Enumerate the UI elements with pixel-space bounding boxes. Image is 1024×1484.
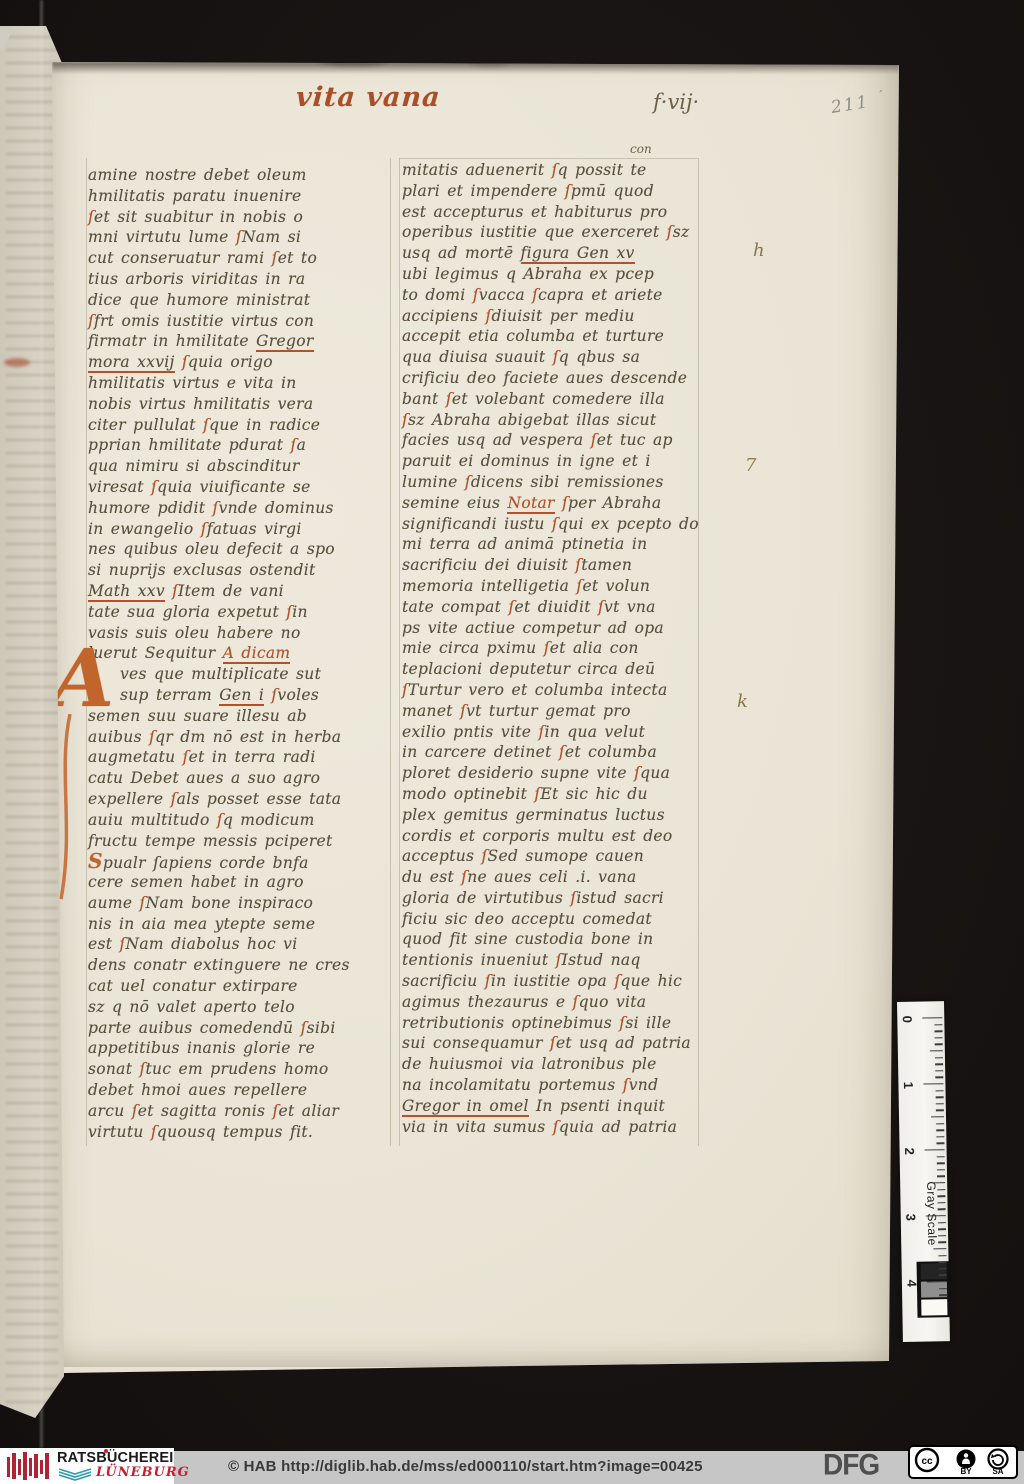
text-segment: et sit suabitur in nobis o [94, 208, 303, 226]
text-segment: vt vna [604, 598, 656, 616]
text-segment: Nam si [242, 228, 301, 246]
text-segment: qui ex pcepto do [558, 515, 699, 533]
text-segment: et alia con [550, 639, 639, 657]
text-segment: nis in aia mea ytepte seme [88, 915, 315, 933]
manuscript-line: nes quibus oleu defecit a spo [88, 539, 390, 560]
ruler-tick [930, 1050, 943, 1052]
by-label: BY [954, 1467, 978, 1476]
manuscript-line: teplacioni deputetur circa deū [402, 659, 704, 680]
manuscript-line: qua nimiru si abscinditur [88, 456, 390, 477]
text-segment: parte auibus comedendū [88, 1019, 301, 1037]
text-segment [175, 353, 182, 371]
text-segment: si ille [625, 1014, 671, 1032]
text-segment: Notar [507, 494, 554, 514]
text-segment: vt turtur gemat pro [466, 702, 631, 720]
manuscript-line: aume ſNam bone inspiraco [88, 893, 390, 914]
ruler-tick [937, 1195, 945, 1197]
manuscript-line: Gregor in omel In psenti inquit [402, 1096, 704, 1117]
margin-mark-7: 7 [745, 455, 756, 476]
ruler-number: 0 [900, 1012, 915, 1026]
text-segment: usq ad mortē [402, 244, 521, 262]
text-segment: ps vite actiue competur ad opa [402, 619, 664, 637]
text-segment: Math xxv [88, 582, 165, 602]
manuscript-line: lumine ſdicens sibi remissiones [402, 472, 704, 493]
text-segment: paruit ei dominus in igne et i [402, 452, 651, 470]
text-segment: in qua velut [545, 723, 646, 741]
ruler-tick [936, 1136, 944, 1138]
ruler-tick [939, 1294, 947, 1296]
ruler-tick [935, 1057, 943, 1059]
ruler-tick [939, 1275, 947, 1277]
manuscript-line: acceptus ſSed sumope cauen [402, 846, 704, 867]
text-segment: tuc em prudens homo [146, 1060, 329, 1078]
ruler-number: 2 [902, 1144, 917, 1158]
text-segment: et to [278, 249, 317, 267]
ruler-tick [935, 1077, 943, 1079]
text-segment: tate sua gloria expetut [88, 603, 286, 621]
text-segment: istud sacri [576, 889, 664, 907]
manuscript-line: facies usq ad vespera ſet tuc ap [402, 430, 704, 451]
manuscript-line: sacrificiu ſin iustitie opa ſque hic [402, 971, 704, 992]
text-segment: accipiens [402, 307, 485, 325]
cc-license-badge: cc BY SA [908, 1445, 1018, 1479]
text-segment: et sagitta ronis [138, 1102, 273, 1120]
text-segment: pmū quod [571, 182, 654, 200]
ruler-number: 4 [904, 1276, 919, 1290]
text-segment: mora xxvij [88, 353, 175, 373]
manuscript-line: paruit ei dominus in igne et i [402, 451, 704, 472]
text-segment: to domi [402, 286, 473, 304]
text-segment: Item de vani [178, 582, 284, 600]
text-segment: augmetatu [88, 748, 183, 766]
manuscript-line: gloria de virtutibus ſistud sacri [402, 888, 704, 909]
text-segment: Istud naq [562, 951, 641, 969]
manuscript-page: vita vana f·vij· 211 ′ con amine nostre … [0, 0, 1024, 1484]
manuscript-line: semine eius Notar ſper Abraha [402, 493, 704, 514]
text-segment: cut conseruatur rami [88, 249, 272, 267]
manuscript-line: sacrificiu dei diuisit ſtamen [402, 555, 704, 576]
manuscript-line: via in vita sumus ſquia ad patria [402, 1117, 704, 1138]
ruler-tick [937, 1189, 945, 1191]
text-segment: mi terra ad animā ptinetia in [402, 535, 647, 553]
manuscript-line: auibus ſqr dm nō est in herba [88, 727, 390, 748]
manuscript-line: pprian hmilitate pdurat ſa [88, 435, 390, 456]
text-segment: cere semen habet in agro [88, 873, 304, 891]
text-segment: debet hmoi aues repellere [88, 1081, 307, 1099]
manuscript-line: nobis virtus hmilitatis vera [88, 394, 390, 415]
text-segment: pprian hmilitate pdurat [88, 436, 291, 454]
text-segment: pualr ſapiens corde bnfa [103, 854, 309, 872]
manuscript-line: mora xxvij ſquia origo [88, 352, 390, 373]
ruler-tick [932, 1182, 945, 1184]
text-segment: Nam bone inspiraco [146, 894, 314, 912]
ruler-tick [938, 1228, 946, 1230]
margin-mark-h: h [753, 240, 765, 261]
manuscript-line: luerut Sequitur A dicam [88, 643, 390, 664]
top-edge-writing-trace [318, 56, 388, 66]
patch-white [921, 1299, 947, 1315]
text-segment: teplacioni deputetur circa deū [402, 660, 655, 678]
text-segment: agimus thezaurus e [402, 993, 573, 1011]
text-segment: sz q nō valet aperto telo [88, 998, 295, 1016]
dfg-logo: DFG [823, 1448, 879, 1482]
text-segment: tate compat [402, 598, 508, 616]
text-segment: viresat [88, 478, 151, 496]
manuscript-line: exilio pntis vite ſin qua velut [402, 722, 704, 743]
text-segment: retributionis optinebimus [402, 1014, 619, 1032]
text-segment: semen suu suare illesu ab [88, 707, 307, 725]
manuscript-line: cat uel conatur extirpare [88, 976, 390, 997]
text-segment: Gregor in omel [402, 1097, 529, 1117]
text-segment: q possit te [558, 161, 647, 179]
text-segment: sz [673, 223, 690, 241]
text-segment: dice que humore ministrat [88, 291, 310, 309]
text-segment: sibi [307, 1019, 336, 1037]
manuscript-line: auiu multitudo ſq modicum [88, 810, 390, 831]
ruler-tick [931, 1116, 944, 1118]
manuscript-line: ves que multiplicate sut [120, 664, 390, 685]
text-segment: in ewangelio [88, 520, 201, 538]
ruler-tick [935, 1037, 943, 1039]
manuscript-line: cordis et corporis multu est deo [402, 826, 704, 847]
text-segment: quia viuificante se [157, 478, 310, 496]
text-segment: bant [402, 390, 446, 408]
text-segment: et volun [582, 577, 650, 595]
ruler-tick [936, 1110, 944, 1112]
ruling-line-right-1 [399, 158, 400, 1146]
text-segment: tius arboris viriditas in ra [88, 270, 305, 288]
text-segment: et volebant comedere illa [452, 390, 665, 408]
text-segment: mitatis aduenerit [402, 161, 552, 179]
text-segment: citer pullulat [88, 416, 203, 434]
text-segment: sz Abraha abigebat illas sicut [408, 411, 656, 429]
ruler-tick [939, 1261, 947, 1263]
manuscript-line: tate sua gloria expetut ſin [88, 602, 390, 623]
manuscript-line: est accepturus et habiturus pro [402, 202, 704, 223]
manuscript-line: in carcere detinet ſet columba [402, 742, 704, 763]
text-segment: cordis et corporis multu est deo [402, 827, 673, 845]
gray-scale-label: Gray Scale [924, 1181, 939, 1246]
text-segment: sacrificiu dei diuisit [402, 556, 575, 574]
manuscript-line: de huiusmoi via latronibus ple [402, 1054, 704, 1075]
manuscript-line: viresat ſquia viuificante se [88, 477, 390, 498]
folio-number: f·vij· [653, 90, 699, 114]
text-segment: memoria intelligetia [402, 577, 576, 595]
attribution-text: © HAB http://diglib.hab.de/mss/ed000110/… [228, 1458, 703, 1475]
manuscript-line: tius arboris viriditas in ra [88, 269, 390, 290]
text-segment: in iustitie opa [491, 972, 614, 990]
text-segment: auibus [88, 728, 149, 746]
manuscript-line: debet hmoi aues repellere [88, 1080, 390, 1101]
text-segment: et usq ad patria [556, 1034, 691, 1052]
manuscript-line: dens conatr extinguere ne cres [88, 955, 390, 976]
text-segment: a [297, 436, 307, 454]
text-segment: vasis suis oleu habere no [88, 624, 301, 642]
ruler-tick [938, 1235, 946, 1237]
text-segment: de huiusmoi via latronibus ple [402, 1055, 657, 1073]
text-segment: plari et impendere [402, 182, 565, 200]
text-segment: et columba [565, 743, 657, 761]
text-segment: humore pdidit [88, 499, 213, 517]
text-segment: capra et ariete [538, 286, 662, 304]
text-segment: arcu [88, 1102, 132, 1120]
text-segment: als posset esse tata [177, 790, 342, 808]
text-segment: sacrificiu [402, 972, 485, 990]
manuscript-line: humore pdidit ſvnde dominus [88, 498, 390, 519]
text-segment: q qbus sa [559, 348, 640, 366]
text-segment: accepit etia columba et turture [402, 327, 664, 345]
text-segment: quia ad patria [559, 1118, 677, 1136]
previous-page-showthrough-lines [6, 36, 58, 1408]
text-segment: manet [402, 702, 460, 720]
text-segment: per Abraha [568, 494, 661, 512]
text-segment: voles [277, 686, 319, 704]
ruler-tick [937, 1156, 945, 1158]
manuscript-line: bant ſet volebant comedere illa [402, 389, 704, 410]
manuscript-line: appetitibus inanis glorie re [88, 1038, 390, 1059]
ruler-tick [936, 1129, 944, 1131]
text-segment: est accepturus et habiturus pro [402, 203, 667, 221]
ruler-tick [935, 1070, 943, 1072]
text-segment: exilio pntis vite [402, 723, 538, 741]
text-segment: qua nimiru si abscinditur [88, 457, 300, 475]
book-icon [58, 1467, 92, 1481]
text-segment: sup terram [120, 686, 219, 704]
manuscript-line: operibus iustitie que exerceret ſsz [402, 222, 704, 243]
text-segment: acceptus [402, 847, 482, 865]
library-logo: RATSBÜCHEREI LÜNEBURG [0, 1448, 174, 1484]
text-segment: Et sic hic du [540, 785, 647, 803]
text-segment: auiu multitudo [88, 811, 217, 829]
text-segment: significandi iustu [402, 515, 552, 533]
text-segment: sonat [88, 1060, 139, 1078]
text-segment: nobis virtus hmilitatis vera [88, 395, 313, 413]
manuscript-line: ficiu sic deo acceptu comedat [402, 909, 704, 930]
text-segment: nes quibus oleu defecit a spo [88, 540, 335, 558]
text-segment: figura Gen xv [521, 244, 635, 264]
text-segment: facies usq ad vespera [402, 431, 591, 449]
ruler-tick [934, 1024, 942, 1026]
library-name-part2: CHEREI [118, 1450, 174, 1466]
manuscript-line: sup terram Gen i ſvoles [120, 685, 390, 706]
manuscript-line: retributionis optinebimus ſsi ille [402, 1013, 704, 1034]
text-segment: appetitibus inanis glorie re [88, 1039, 315, 1057]
text-segment: ploret desiderio supne vite [402, 764, 634, 782]
ruler-gray-scale-target: Gray Scale 01234 [897, 1001, 950, 1342]
ruler-tick [923, 1083, 943, 1085]
manuscript-line: tentionis inueniut ſIstud naq [402, 950, 704, 971]
library-bars-icon [6, 1451, 52, 1481]
manuscript-line: ubi legimus q Abraha ex pcep [402, 264, 704, 285]
ruler-tick [926, 1215, 946, 1217]
manuscript-line: agimus thezaurus e ſquo vita [402, 992, 704, 1013]
manuscript-line: mni virtutu lume ſNam si [88, 227, 390, 248]
manuscript-line: memoria intelligetia ſet volun [402, 576, 704, 597]
text-segment: catu Debet aues a suo agro [88, 769, 320, 787]
text-segment: ves que multiplicate sut [120, 665, 321, 683]
text-segment: frt omis iustitie virtus con [94, 312, 314, 330]
photo-background: vita vana f·vij· 211 ′ con amine nostre … [0, 0, 1024, 1484]
text-segment: Gen i [219, 686, 264, 706]
text-segment: est [88, 935, 119, 953]
ruler-tick [936, 1123, 944, 1125]
text-segment: sui consequamur [402, 1034, 550, 1052]
text-segment: fatuas virgi [207, 520, 302, 538]
manuscript-line: mi terra ad animā ptinetia in [402, 534, 704, 555]
manuscript-line: cere semen habet in agro [88, 872, 390, 893]
manuscript-line: Spualr ſapiens corde bnfa [88, 851, 390, 872]
text-segment: quia origo [188, 353, 273, 371]
manuscript-line: in ewangelio ſfatuas virgi [88, 519, 390, 540]
text-segment: tentionis inueniut [402, 951, 556, 969]
manuscript-line: catu Debet aues a suo agro [88, 768, 390, 789]
manuscript-line: ps vite actiue competur ad opa [402, 618, 704, 639]
ruler-tick [936, 1090, 944, 1092]
svg-text:cc: cc [921, 1456, 933, 1467]
catchword: con [630, 142, 652, 156]
manuscript-line: ſet sit suabitur in nobis o [88, 207, 390, 228]
text-segment: via in vita sumus [402, 1118, 553, 1136]
text-segment: plex gemitus germinatus luctus [402, 806, 665, 824]
manuscript-line: semen suu suare illesu ab [88, 706, 390, 727]
footer-bar: RATSBÜCHEREI LÜNEBURG © HAB http://digli… [0, 1451, 1024, 1484]
ruler-tick [937, 1162, 945, 1164]
text-segment: gloria de virtutibus [402, 889, 570, 907]
ruler-tick [938, 1209, 946, 1211]
manuscript-line: sz q nō valet aperto telo [88, 997, 390, 1018]
text-segment: qr dm nō est in herba [155, 728, 341, 746]
text-segment: ficiu sic deo acceptu comedat [402, 910, 652, 928]
text-segment: A dicam [223, 644, 291, 664]
text-segment: expellere [88, 790, 171, 808]
text-segment: in [292, 603, 308, 621]
library-name-part1: RATSB [57, 1450, 107, 1466]
manuscript-line: fructu tempe messis pciperet [88, 831, 390, 852]
manuscript-line: ſsz Abraha abigebat illas sicut [402, 410, 704, 431]
text-segment: amine nostre debet oleum [88, 166, 307, 184]
text-segment: quo vita [579, 993, 647, 1011]
text-segment: hmilitatis paratu inuenire [88, 187, 301, 205]
ruler-tick [933, 1248, 946, 1250]
text-segment: qua [640, 764, 670, 782]
manuscript-line: si nuprijs exclusas ostendit [88, 560, 390, 581]
manuscript-line: mitatis aduenerit ſq possit te [402, 160, 704, 181]
text-segment: que hic [620, 972, 682, 990]
top-edge-smudge-2 [470, 60, 508, 67]
text-segment: Sed sumope cauen [488, 847, 645, 865]
manuscript-line: vasis suis oleu habere no [88, 623, 390, 644]
manuscript-line: mie circa pximu ſet alia con [402, 638, 704, 659]
ruler-tick [925, 1149, 945, 1151]
text-segment: q modicum [223, 811, 315, 829]
manuscript-line: quod fit sine custodia bone in [402, 929, 704, 950]
manuscript-line: firmatr in hmilitate Gregor [88, 331, 390, 352]
manuscript-line: arcu ſet sagitta ronis ſet aliar [88, 1101, 390, 1122]
manuscript-line: sui consequamur ſet usq ad patria [402, 1033, 704, 1054]
text-segment: Nam diabolus hoc vi [126, 935, 298, 953]
sa-label: SA [986, 1467, 1010, 1476]
ruler-tick [938, 1255, 946, 1257]
ruler-number: 1 [901, 1078, 916, 1092]
manuscript-line: to domi ſvacca ſcapra et ariete [402, 285, 704, 306]
manuscript-line: amine nostre debet oleum [88, 165, 390, 186]
text-segment: diuisit per mediu [492, 307, 635, 325]
text-segment: vacca [479, 286, 532, 304]
text-segment: modo optinebit [402, 785, 534, 803]
manuscript-line: hmilitatis virtus e vita in [88, 373, 390, 394]
manuscript-line: cut conseruatur rami ſet to [88, 248, 390, 269]
manuscript-line: ſfrt omis iustitie virtus con [88, 311, 390, 332]
glass-edge-highlight [40, 0, 43, 1448]
ruler-tick [937, 1176, 945, 1178]
running-title: vita vana [295, 82, 442, 113]
manuscript-line: dice que humore ministrat [88, 290, 390, 311]
text-segment: et aliar [279, 1102, 340, 1120]
text-segment: du est [402, 868, 461, 886]
text-segment: firmatr in hmilitate [88, 332, 256, 350]
text-segment: dens conatr extinguere ne cres [88, 956, 350, 974]
text-segment: crificiu deo faciete aues descende [402, 369, 687, 387]
ruler-number: 3 [903, 1210, 918, 1224]
manuscript-line: ploret desiderio supne vite ſqua [402, 763, 704, 784]
ruling-line-left-2 [390, 158, 391, 1146]
ruler-tick [936, 1143, 944, 1145]
library-city: LÜNEBURG [96, 1465, 190, 1480]
text-segment: S [88, 849, 103, 873]
library-name: RATSBÜCHEREI [57, 1450, 174, 1466]
manuscript-line: plari et impendere ſpmū quod [402, 181, 704, 202]
text-segment: Turtur vero et columba intecta [408, 681, 667, 699]
manuscript-line: Math xxv ſItem de vani [88, 581, 390, 602]
manuscript-line: parte auibus comedendū ſsibi [88, 1018, 390, 1039]
text-segment: mni virtutu lume [88, 228, 236, 246]
ruler-tick [935, 1063, 943, 1065]
text-segment: cat uel conatur extirpare [88, 977, 298, 995]
manuscript-line: accipiens ſdiuisit per mediu [402, 306, 704, 327]
manuscript-line: modo optinebit ſEt sic hic du [402, 784, 704, 805]
decorated-initial: A [52, 642, 114, 714]
ruler-tick [939, 1268, 947, 1270]
text-segment: dicens sibi remissiones [471, 473, 664, 491]
manuscript-line: manet ſvt turtur gemat pro [402, 701, 704, 722]
manuscript-line: usq ad mortē figura Gen xv [402, 243, 704, 264]
manuscript-line: ſTurtur vero et columba intecta [402, 680, 704, 701]
text-segment: qua diuisa suauit [402, 348, 553, 366]
margin-mark-k: k [737, 691, 748, 712]
text-segment: et tuc ap [597, 431, 673, 449]
manuscript-line: accepit etia columba et turture [402, 326, 704, 347]
text-segment: fructu tempe messis pciperet [88, 832, 333, 850]
ruling-line-top [399, 158, 698, 159]
manuscript-line: augmetatu ſet in terra radi [88, 747, 390, 768]
text-segment: aume [88, 894, 140, 912]
text-segment: que in radice [209, 416, 320, 434]
ruler-tick [938, 1242, 946, 1244]
library-name-umlaut: Ü [107, 1450, 118, 1466]
manuscript-line: expellere ſals posset esse tata [88, 789, 390, 810]
previous-page-red-mark [4, 358, 30, 367]
text-segment: mie circa pximu [402, 639, 544, 657]
text-segment: si nuprijs exclusas ostendit [88, 561, 316, 579]
text-segment: semine eius [402, 494, 507, 512]
ruler-tick [938, 1222, 946, 1224]
text-segment: hmilitatis virtus e vita in [88, 374, 297, 392]
text-segment: ne aues celi .i. vana [467, 868, 636, 886]
patch-black [921, 1263, 947, 1279]
right-column: mitatis aduenerit ſq possit teplari et i… [402, 160, 704, 1137]
ruler-tick [936, 1103, 944, 1105]
gray-scale-patches [917, 1261, 952, 1318]
